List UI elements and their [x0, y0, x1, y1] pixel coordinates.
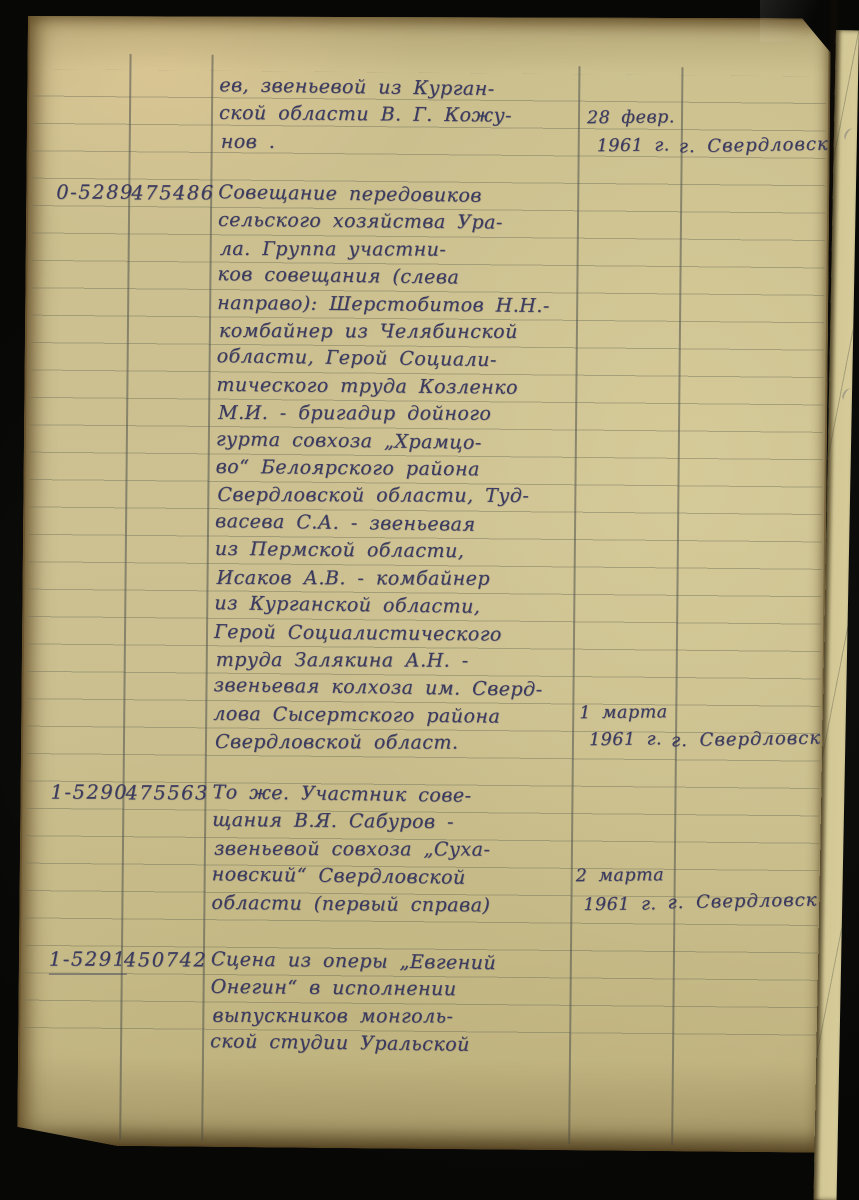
description-line: лова Сысертского района: [213, 701, 546, 732]
description-line: из Пермской области,: [215, 536, 548, 567]
negative-number: 475563: [125, 779, 208, 806]
entry-date-line: 1961 г.: [589, 729, 662, 750]
description-line: области, Герой Социали-: [216, 344, 549, 376]
description-line: нов .: [221, 129, 514, 157]
entry-description: То же. Участник сове- щания В.Я. Сабуров…: [211, 780, 491, 920]
description-line: ской студии Уральской: [210, 1028, 496, 1059]
description-line: сельского хозяйства Ура-: [218, 207, 551, 238]
description-line: ев, звеньевой из Курган-: [219, 72, 512, 103]
entry-date-line: 28 февр.: [587, 107, 675, 128]
description-line: щания В.Я. Сабуров -: [212, 807, 491, 837]
description-line: М.И. - бригадир дойного: [218, 400, 551, 429]
description-line: Сцена из оперы „Евгений: [211, 946, 497, 977]
column-divider: [568, 66, 580, 1144]
description-line: Онегин“ в исполнении: [210, 974, 496, 1004]
description-line: новский“ Свердловской: [212, 861, 491, 892]
entry-place: г. Свердловск: [679, 131, 829, 161]
inventory-number: 0-5289: [56, 179, 134, 206]
description-line: звеньевая колхоза им. Сверд-: [213, 672, 546, 704]
description-line: ла. Группа участни-: [220, 236, 553, 265]
description-line: ков совещания (слева: [217, 261, 550, 293]
column-divider: [119, 54, 131, 1140]
inventory-number: 1-5291: [49, 946, 127, 975]
column-divider: [671, 67, 683, 1145]
description-line: выпускников монголь-: [212, 1002, 497, 1030]
negative-number: 475486: [131, 179, 214, 206]
entry-date-line: 1 марта: [579, 702, 668, 723]
entry-date-line: 1961 г.: [583, 894, 656, 915]
description-line: То же. Участник сове-: [212, 779, 491, 810]
description-line: звеньевой совхоза „Суха-: [214, 835, 493, 863]
description-line: Исаков А.В. - комбайнер: [217, 565, 550, 594]
description-line: Герой Социалистического: [214, 618, 547, 649]
entry-description: Совещание передовиков сельского хозяйств…: [213, 180, 551, 759]
entry-description: ев, звеньевой из Курган- ской области В.…: [219, 73, 513, 158]
inventory-number: 1-5290: [50, 779, 128, 806]
description-line: васева С.А. - звеньевая: [215, 508, 548, 540]
description-line: гурта совхоза „Храмцо-: [216, 426, 549, 458]
description-line: Свердловской области, Туд-: [217, 482, 550, 511]
description-line: тического труда Козленко: [216, 372, 549, 403]
ledger-page: ев, звеньевой из Курган- ской области В.…: [17, 11, 831, 1153]
description-line: области (первый справа): [211, 889, 490, 919]
description-line: труда Залякина А.Н. -: [216, 647, 549, 676]
entry-date-line: 1961 г.: [597, 135, 670, 156]
entry-date-line: 2 марта: [576, 865, 665, 886]
description-line: Свердловской област.: [215, 729, 548, 758]
scan-background: ев, звеньевой из Курган- ской области В.…: [0, 0, 859, 1200]
description-line: из Курганской области,: [214, 590, 547, 622]
entry-place: г. Свердловск: [671, 725, 821, 755]
glossy-highlight: [760, 0, 830, 42]
description-line: Совещание передовиков: [218, 179, 551, 211]
entry-description: Сцена из оперы „Евгений Онегин“ в исполн…: [210, 947, 496, 1059]
entry-place: г. Свердловск: [667, 887, 817, 917]
negative-number: 450742: [124, 946, 207, 973]
description-line: во“ Белоярского района: [215, 454, 548, 485]
description-line: направо): Шерстобитов Н.Н.-: [217, 289, 550, 320]
description-line: комбайнер из Челябинской: [219, 318, 552, 347]
description-line: ской области В. Г. Кожу-: [219, 100, 512, 130]
